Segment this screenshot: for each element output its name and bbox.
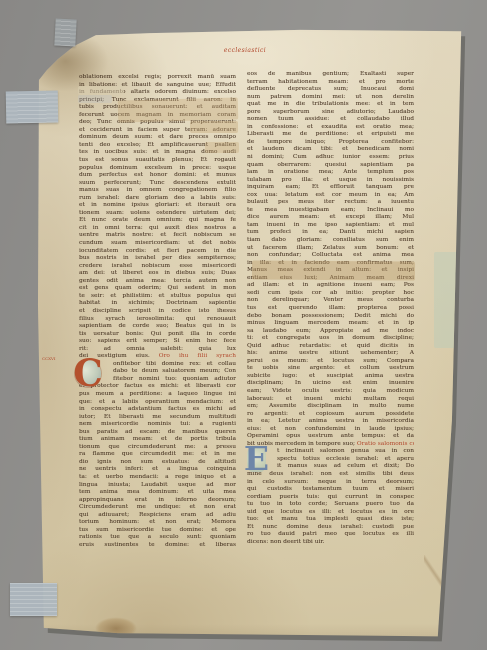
text-line: principi; Tunc exclamauerunt filii aaron…	[79, 97, 236, 105]
text-line: Manus meas extendi in altum: et insipi	[247, 267, 414, 275]
text-line: populus dominum excelsum in prece: usque	[79, 165, 236, 173]
text-column-right: eos de manibus gentium; Exaltasti supert…	[247, 71, 414, 546]
text-line: credere israhel nobiscum esse misericord…	[79, 263, 236, 271]
manuscript-page: ecclesiastici ccxvi oblationem excelsi r…	[0, 0, 487, 650]
text-line: quat me in die tribulationis mee: et in …	[247, 101, 414, 109]
text-line: et discipline scripsit in codice isto ih…	[79, 308, 236, 316]
chapter-initial-e: E	[243, 444, 270, 476]
text-line: sedi cum ipsis cor ab initio: propter ho…	[247, 290, 414, 298]
text-line: debo bonam possessionem; Dedit michi do	[247, 313, 414, 321]
text-line: te seir: et philistiim: et stultus popul…	[79, 293, 236, 301]
text-line: nem misericordie nominis tui: a rugienti	[79, 421, 236, 429]
text-line: dio ignis non sum estuatus: de altitudi	[79, 459, 236, 467]
text-line: ni domini; Cum adhuc iunior essem: prius	[247, 154, 414, 162]
text-line: de tempore iniquo; Propterea confitebor:	[247, 139, 414, 147]
text-line: te mea inuestigabam eam; Inclinaui mo	[247, 207, 414, 215]
text-line: te uobis sine argento: et collum uestrum	[247, 365, 414, 373]
text-line: in ea; Letetur anima uestra in misericor…	[247, 418, 414, 426]
text-line: filius syrach ierosolimita: qui renouaui…	[79, 316, 236, 324]
text-line: eruis sustinentes te domine: et liberas	[79, 542, 236, 550]
photo-backdrop: ecclesiastici ccxvi oblationem excelsi r…	[0, 0, 487, 650]
text-line: cox uua: letatum est cor meum in ea; Am	[247, 192, 414, 200]
text-line: in conspectu adstantium factus es michi …	[79, 406, 236, 414]
text-line: tis uersatur bonis: Qui ponit illa in co…	[79, 331, 236, 339]
running-title: ecclesiastici	[200, 47, 290, 54]
text-line: tus sum misericordie tue domine: et ope	[79, 527, 236, 535]
text-line: ro argenti: et copiosum aurum possidete	[247, 411, 414, 419]
text-line: ad illam: et in agnitione inueni eam; Po…	[247, 282, 414, 290]
text-line: lam in oratione mea; Ante templum pos	[247, 169, 414, 177]
text-line: cundum suam misericordiam: ut det nobis	[79, 240, 236, 248]
text-line: uentre matris nostre: et fecit nobiscum …	[79, 232, 236, 240]
text-line: tes in uocibus suis: et in magna domo au…	[79, 149, 236, 157]
text-line: disciplinam; In uicino est enim inuenire	[247, 380, 414, 388]
text-line: appropinquans erat in inferno deorsum;	[79, 497, 236, 505]
text-line: in illa: et in faciendo eam confirmatus …	[247, 260, 414, 268]
text-line: in celo sursum: neque in terra deorsum;	[247, 479, 414, 487]
text-line: suo: sapiens erit semper; Si enim hec fe…	[79, 338, 236, 346]
text-line: dicens: non deerit tibi uir.	[247, 539, 414, 547]
tape-tab-left-upper	[6, 91, 59, 124]
text-line: defluente deprecatus sum; Inuocaui domi	[247, 86, 414, 94]
text-line: Liberasti me de perditione: et eripuisti…	[247, 131, 414, 139]
text-line: que: et a labiis operantium mendacium: e…	[79, 399, 236, 407]
text-line: in confessione: et exaudita est oratio m…	[247, 124, 414, 132]
text-line: tubis productilibus sonauerunt: et audit…	[79, 104, 236, 112]
text-line: deo; Tunc omnis populus simul properauer…	[79, 119, 236, 127]
text-line: his: anime uestre sitiunt uehementer; A	[247, 350, 414, 358]
tape-tab-left-lower	[10, 583, 57, 616]
text-line: eos de manibus gentium; Exaltasti super	[247, 71, 414, 79]
text-line: dum perfectus est honor domini: et munus	[79, 172, 236, 180]
text-line: tuo: et manu tua implesti quasi dies ist…	[247, 516, 414, 524]
text-line: cordiam pueris tuis: qui currunt in cons…	[247, 494, 414, 502]
text-line: Operamini opus uestrum ante tempus: et d…	[247, 433, 414, 441]
text-line: qui custodis testamentum tuum et miseri	[247, 486, 414, 494]
text-line: Circumdederunt me undique: et non erat	[79, 504, 236, 512]
text-line: et in nomine ipsius gloriari: et iteraui…	[79, 202, 236, 210]
text-line: in fundamento altaris odorem diuinum: ex…	[79, 89, 236, 97]
text-line: non confundar; Colluctata est anima mea	[247, 252, 414, 260]
text-line: dominum deum suum: et dare preces omnipo	[79, 134, 236, 142]
chapter-initial-c: C	[72, 357, 104, 391]
text-line: tulabam pro illa: et usque in nouissimis	[247, 177, 414, 185]
text-line: dice aurem meam: et excepi illam; Mul	[247, 214, 414, 222]
text-line: bus paratis ad escam: de manibus queren	[79, 429, 236, 437]
text-line: rationis tue que a seculo sunt: quoniam	[79, 534, 236, 542]
text-line: em; Assumite disciplinam in multo nume	[247, 403, 414, 411]
text-line: iocunditatem cordis: et fieri pacem in d…	[79, 248, 236, 256]
text-line: tionum que circumdederunt me: a pressu	[79, 444, 236, 452]
text-line: fecerunt uocem magnam in memoriam coram	[79, 112, 236, 120]
text-line: nomen tuum assidue: et collaudabo illud	[247, 116, 414, 124]
text-line: et laudem dicam tibi: et benedicam nomi	[247, 146, 414, 154]
text-line: oblationem excelsi regis; porrexit manū …	[79, 74, 236, 82]
text-line: ra flamme que circumdedit me: et in me	[79, 451, 236, 459]
text-line: tium animam meam: et de portis tribula	[79, 436, 236, 444]
crease-bottom-right	[424, 555, 478, 641]
text-line: qui adiuuaret; Respiciens eram ad adiu	[79, 512, 236, 520]
initial-letter: E	[243, 444, 270, 474]
text-line: Et nunc domine deus israhel: custodi pue	[247, 524, 414, 532]
text-line: et ceciderunt in faciem super terram: ad…	[79, 127, 236, 135]
text-line: am dei: ut liberet eos in diebus suis; D…	[79, 270, 236, 278]
text-line: pore superborum sine adiutorio; Laudabo	[247, 109, 414, 117]
text-line: tus est sonus suauitatis plenus; Et roga…	[79, 157, 236, 165]
text-line: spectu totius ecclesie israhel: et aperu	[247, 456, 414, 464]
text-line: tenti deo excelso; Et amplificauerunt ps…	[79, 142, 236, 150]
text-line: tus est querendo illam: propterea possi	[247, 305, 414, 313]
text-line: sapientiam de corde suo; Beatus qui in i…	[79, 323, 236, 331]
text-line: Quid adhuc retardatis: et quid dicitis i…	[247, 343, 414, 351]
rubric-text: Oro ihu filii syrach	[159, 353, 236, 359]
text-line: cit in omni terra: qui auxit dies nostro…	[79, 225, 236, 233]
text-line: laboraui: et inueni michi multam requi	[247, 396, 414, 404]
text-line: rum israhel: dare gloriam deo a labiis s…	[79, 195, 236, 203]
margin-chapter-number: ccxvi	[42, 356, 55, 362]
text-line: perui os meum: et locutus sum; Compara	[247, 358, 414, 366]
text-line: it manus suas ad celum et dixit; Do	[247, 463, 414, 471]
text-line: in libatione: et libauit de sanguine uue…	[79, 82, 236, 90]
text-line: t inclinauit salomon genua sua in con	[247, 448, 414, 456]
text-line: sa laudabo eum; Appropiate ad me indoc	[247, 328, 414, 336]
text-line: tem anima mea dominum: et uita mea	[79, 489, 236, 497]
text-line: ne uentris inferi: et a lingua coinquina	[79, 466, 236, 474]
text-line: est gens quam oderim; Qui sedent in mon	[79, 285, 236, 293]
text-line: terram habitationem meam: et pro morte	[247, 79, 414, 87]
text-line: iutor; Et liberasti me secundum multitud…	[79, 414, 236, 422]
text-line: uid que locutus es illi: et locutus es i…	[247, 509, 414, 517]
text-line: quam oberrarem: quesiui sapientiam pa	[247, 162, 414, 170]
rubric-text: Oratio salomonis ccxviii.	[357, 441, 414, 447]
text-line: gentes odit anima mea: tercia autem non	[79, 278, 236, 286]
text-line: lingua iniusta; Laudabit usque ad mor	[79, 482, 236, 490]
text-line: bit uobis mercedem in tempore suo; Orati…	[247, 441, 414, 449]
text-line: tum profeci in ea; Danti michi sapien	[247, 229, 414, 237]
text-line: bus nostris in israhel per dies sempiter…	[79, 255, 236, 263]
text-line: torium hominum: et non erat; Memora	[79, 519, 236, 527]
text-line: ut facerem illam; Zelatus sum bonum: et	[247, 245, 414, 253]
text-column-left: oblationem excelsi regis; porrexit manū …	[79, 74, 236, 549]
text-line: habitat in sichimis; Doctrinam sapientie	[79, 300, 236, 308]
text-line: entiam eius luxi; Animam meam direxi	[247, 275, 414, 283]
tape-tab-top-left	[54, 18, 76, 46]
text-line: mine deus israhel: non est similis tibi …	[247, 471, 414, 479]
text-line: eam; Videte oculis uestris: quia modicum	[247, 388, 414, 396]
text-line: ta: et uerbo mendacii: a rege iniquo et …	[79, 474, 236, 482]
text-line: manus suas in omnem congregationem filio	[79, 187, 236, 195]
text-line: num patrem domini mei: ut non derelin	[247, 94, 414, 102]
text-line: tiam dabo gloriam: consiliatus sum enim	[247, 237, 414, 245]
text-line: inquiram eam; Et effloruit tanquam pre	[247, 184, 414, 192]
text-line: tionem suam: uolens ostendere uirtutem d…	[79, 210, 236, 218]
text-line: bulauit pes meus iter rectum: a iuuentu	[247, 199, 414, 207]
text-line: non derelinquar; Venter meus conturba	[247, 297, 414, 305]
text-line: Et nunc orate deum omnium: qui magna fe	[79, 217, 236, 225]
text-line: ro tuo dauid patri meo que locutus es il…	[247, 531, 414, 539]
text-line: eius: et non confundemini in laude ipsiu…	[247, 426, 414, 434]
initial-letter: C	[72, 357, 104, 390]
text-line: minus linguam mercedem meam: et in ip	[247, 320, 414, 328]
text-line: suum perfecerunt; Tunc descendens extuli…	[79, 180, 236, 188]
text-line: tu tuo in toto corde; Seruans puero tuo …	[247, 501, 414, 509]
text-line: tam inueni in me ipso sapientiam: et mul	[247, 222, 414, 230]
text-line: subicite iugo: et suscipiat anima uestra	[247, 373, 414, 381]
text-line: ti: et congregate uos in domum disciplin…	[247, 335, 414, 343]
